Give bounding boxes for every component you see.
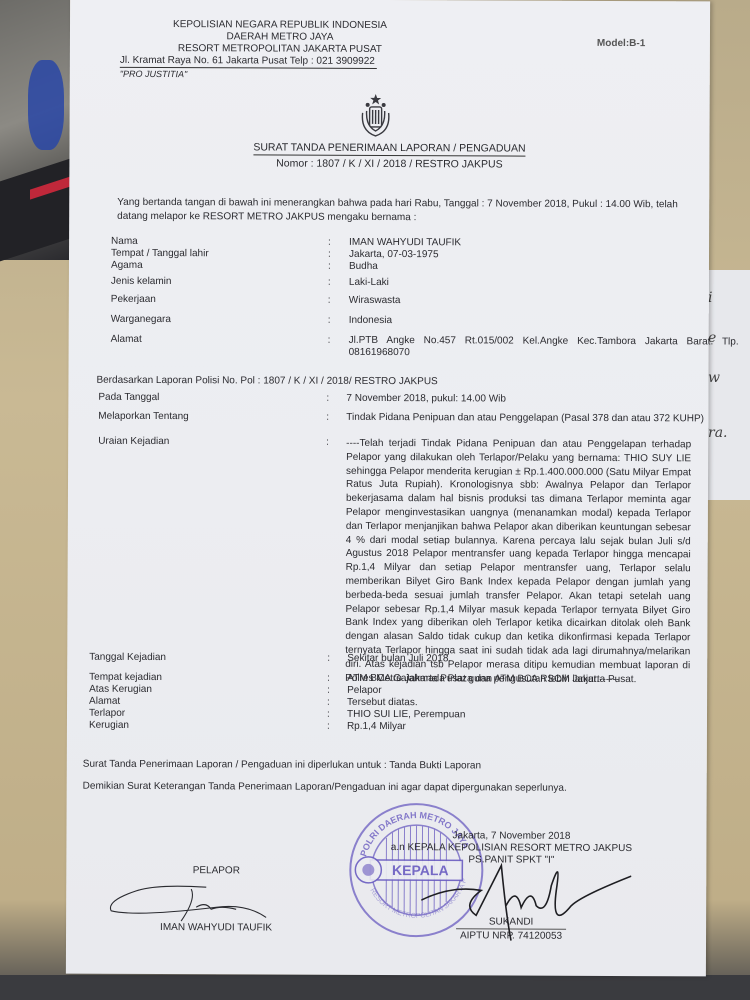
incident-details-section: Tanggal Kejadian:Sekitar bulan Juli 2018… <box>70 0 710 1</box>
field-label: Jenis kelamin <box>111 276 281 289</box>
reporter-signature-icon <box>96 879 296 930</box>
field-label: Tempat / Tanggal lahir <box>111 248 281 261</box>
field-value: Tindak Pidana Penipuan dan atau Penggela… <box>346 412 716 426</box>
field-value: 7 November 2018, pukul: 14.00 Wib <box>346 393 716 407</box>
colon: : <box>327 697 335 709</box>
colon: : <box>327 653 335 665</box>
field-value: Budha <box>349 261 749 275</box>
background-floor <box>0 975 750 1000</box>
field-label: Agama <box>111 260 281 273</box>
field-label: Warganegara <box>111 314 281 327</box>
purpose-statement: Surat Tanda Penerimaan Laporan / Pengadu… <box>83 759 481 772</box>
background-book <box>0 159 70 262</box>
report-details-section: Pada Tanggal:7 November 2018, pukul: 14.… <box>70 0 710 1</box>
colon: : <box>326 437 334 449</box>
colon: : <box>327 709 335 721</box>
field-label: Alamat <box>89 696 259 709</box>
field-label: Pada Tanggal <box>98 392 268 405</box>
report-reference: Berdasarkan Laporan Polisi No. Pol : 180… <box>96 375 437 387</box>
colon: : <box>328 249 336 261</box>
field-label: Alamat <box>111 334 281 347</box>
field-value: Laki-Laki <box>349 277 749 291</box>
colon: : <box>327 673 335 685</box>
field-label: Kerugian <box>89 720 259 733</box>
field-label: Uraian Kejadian <box>98 436 268 449</box>
colon: : <box>328 237 336 249</box>
colon: : <box>328 295 336 307</box>
handwriting-fragment: ra. <box>708 425 728 441</box>
pro-justitia-label: "PRO JUSTITIA" <box>120 68 440 81</box>
document-title: SURAT TANDA PENERIMAAN LAPORAN / PENGADU… <box>253 141 525 156</box>
field-label: Nama <box>111 236 281 249</box>
field-label: Pekerjaan <box>111 294 281 307</box>
field-label: Atas Kerugian <box>89 684 259 697</box>
reporter-identity-section: Nama:IMAN WAHYUDI TAUFIK Tempat / Tangga… <box>70 0 710 1</box>
incident-narrative: ----Telah terjadi Tindak Pidana Penipuan… <box>345 437 691 687</box>
letterhead-address: Jl. Kramat Raya No. 61 Jakarta Pusat Tel… <box>120 55 377 69</box>
field-label: Tanggal Kejadian <box>89 652 259 665</box>
colon: : <box>327 721 335 733</box>
intro-paragraph: Yang bertanda tangan di bawah ini menera… <box>117 196 687 226</box>
field-value: Jl.PTB Angke No.457 Rt.015/002 Kel.Angke… <box>349 335 739 361</box>
background-objects-left <box>0 0 70 260</box>
colon: : <box>328 315 336 327</box>
colon: : <box>328 335 336 347</box>
letterhead: KEPOLISIAN NEGARA REPUBLIK INDONESIA DAE… <box>120 19 440 81</box>
colon: : <box>326 412 334 424</box>
field-label: Terlapor <box>89 708 259 721</box>
field-label: Melaporkan Tentang <box>98 411 268 424</box>
field-value: Wiraswasta <box>349 295 749 309</box>
document-number: Nomor : 1807 / K / XI / 2018 / RESTRO JA… <box>189 157 589 171</box>
background-blue-object <box>28 60 64 150</box>
background-book-label <box>30 177 70 200</box>
police-report-document: KEPOLISIAN NEGARA REPUBLIK INDONESIA DAE… <box>66 0 710 976</box>
colon: : <box>328 277 336 289</box>
field-label: Tempat kejadian <box>89 672 259 685</box>
field-value: Indonesia <box>349 315 749 329</box>
colon: : <box>326 393 334 405</box>
closing-statement: Demikian Surat Keterangan Tanda Penerima… <box>83 781 567 794</box>
handwriting-fragment: w <box>708 370 720 386</box>
field-value: Rp.1,4 Milyar <box>347 721 707 735</box>
reporter-title: PELAPOR <box>136 865 296 877</box>
colon: : <box>328 261 336 273</box>
model-label: Model:B-1 <box>597 38 645 49</box>
polri-emblem-icon <box>353 93 399 139</box>
colon: : <box>327 685 335 697</box>
sign-place-date: Jakarta, 7 November 2018 <box>386 830 636 843</box>
field-value: Sekitar bulan Juli 2018. <box>347 653 707 667</box>
official-signature-icon <box>421 845 631 946</box>
document-title-block: SURAT TANDA PENERIMAAN LAPORAN / PENGADU… <box>189 141 589 171</box>
